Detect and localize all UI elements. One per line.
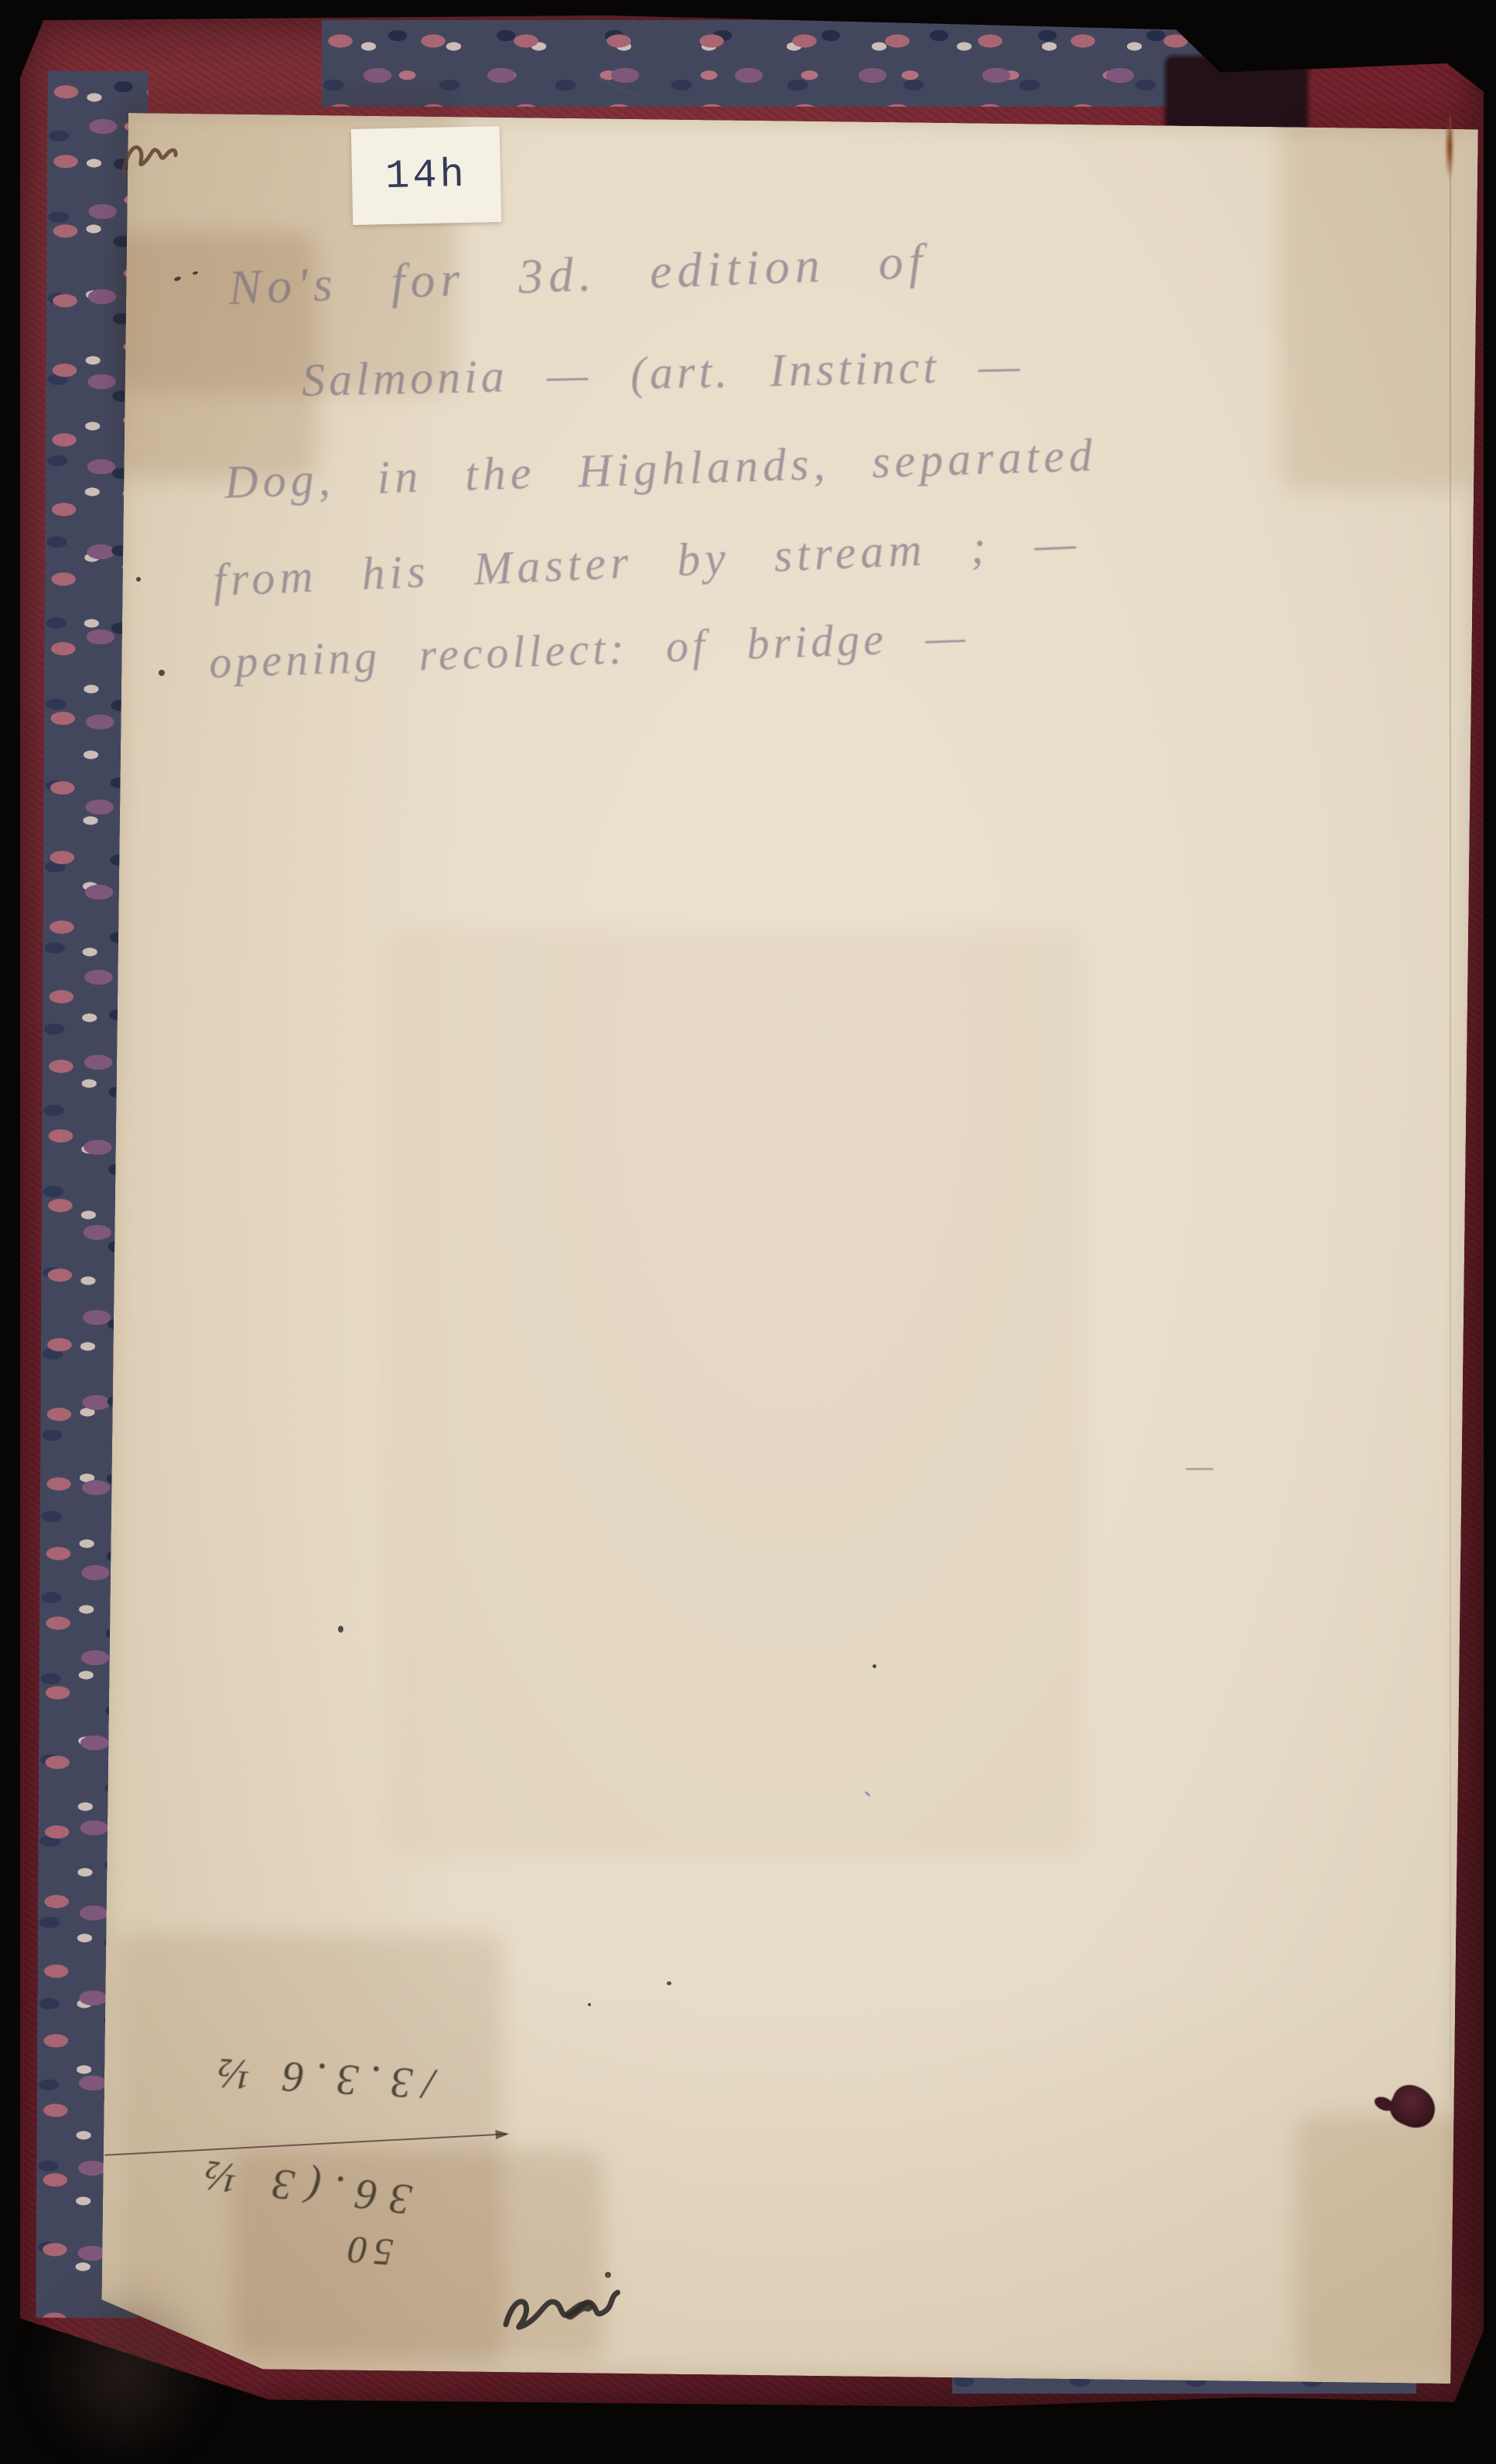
- paper-speck: [338, 1626, 343, 1633]
- tape-stain-bottom-right: [1296, 2115, 1481, 2378]
- photograph-stage: 14h No's for 3d. edition of Salmonia — (…: [0, 0, 1496, 2464]
- ink-dot: [136, 577, 141, 582]
- out-of-focus-shadow-bottom-left: [31, 2281, 217, 2464]
- paper-fold-line-right: [1450, 116, 1451, 2096]
- shelfmark-label: 14h: [351, 126, 502, 225]
- ink-dot: [159, 670, 165, 676]
- marbled-endpaper-top-strip: [322, 20, 1273, 107]
- shelfmark-text: 14h: [385, 152, 468, 199]
- paper-speck: [588, 2003, 591, 2006]
- ink-calculation-line-3: 50: [319, 2226, 415, 2277]
- ink-scribble-top-left: [111, 117, 203, 186]
- faint-pencil-dash: [1186, 1468, 1214, 1470]
- rust-mark-top-right: [1445, 114, 1454, 179]
- paper-speck: [667, 1981, 671, 1985]
- overall-toning-stain: [387, 928, 1083, 1856]
- paper-speck: [873, 1664, 876, 1668]
- ink-scribble-bottom-centre: [492, 2262, 646, 2350]
